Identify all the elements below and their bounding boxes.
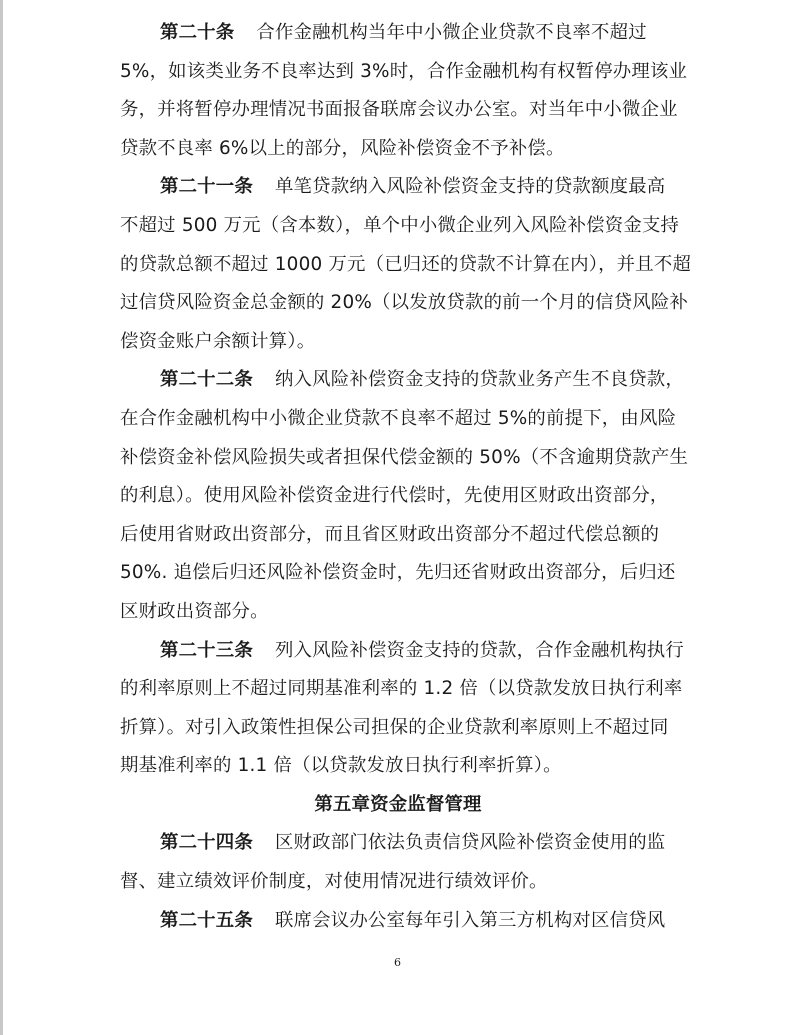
article-line: 在合作金融机构中小微企业贷款不良率不超过 5%的前提下，由风险 <box>120 400 676 439</box>
article-label: 第二十二条 <box>160 369 253 390</box>
article-line: 5%，如该类业务不良率达到 3%时，合作金融机构有权暂停办理该业 <box>120 53 676 92</box>
article-text: 联席会议办公室每年引入第三方机构对区信贷风 <box>275 910 665 931</box>
article-label: 第二十一条 <box>160 176 253 197</box>
chapter-heading: 第五章资金监督管理 <box>120 786 676 825</box>
article-line: 50%. 追偿后归还风险补偿资金时，先归还省财政出资部分，后归还 <box>120 554 676 593</box>
article-label: 第二十条 <box>160 22 234 43</box>
article-text: 合作金融机构当年中小微企业贷款不良率不超过 <box>256 22 646 43</box>
article-line: 督、建立绩效评价制度，对使用情况进行绩效评价。 <box>120 863 676 902</box>
article-first-line: 第二十五条联席会议办公室每年引入第三方机构对区信贷风 <box>120 902 676 941</box>
article-first-line: 第二十一条单笔贷款纳入风险补偿资金支持的贷款额度最高 <box>120 168 676 207</box>
article-first-line: 第二十二条纳入风险补偿资金支持的贷款业务产生不良贷款， <box>120 361 676 400</box>
article-line: 的利率原则上不超过同期基准利率的 1.2 倍（以贷款发放日执行利率 <box>120 670 676 709</box>
article-line: 不超过 500 万元（含本数），单个中小微企业列入风险补偿资金支持 <box>120 207 676 246</box>
article-text: 区财政部门依法负责信贷风险补偿资金使用的监 <box>275 832 665 853</box>
document-page: 第二十条合作金融机构当年中小微企业贷款不良率不超过 5%，如该类业务不良率达到 … <box>120 14 676 940</box>
article-line: 的贷款总额不超过 1000 万元（已归还的贷款不计算在内），并且不超 <box>120 246 676 285</box>
article-line: 的利息）。使用风险补偿资金进行代偿时，先使用区财政出资部分， <box>120 477 676 516</box>
article-first-line: 第二十三条列入风险补偿资金支持的贷款，合作金融机构执行 <box>120 632 676 671</box>
article-line: 后使用省财政出资部分，而且省区财政出资部分不超过代偿总额的 <box>120 516 676 555</box>
article-line: 偿资金账户余额计算）。 <box>120 323 676 362</box>
article-line: 贷款不良率 6%以上的部分，风险补偿资金不予补偿。 <box>120 130 676 169</box>
article-text: 单笔贷款纳入风险补偿资金支持的贷款额度最高 <box>275 176 665 197</box>
article-line: 补偿资金补偿风险损失或者担保代偿金额的 50%（不含逾期贷款产生 <box>120 439 676 478</box>
article-line: 折算）。对引入政策性担保公司担保的企业贷款利率原则上不超过同 <box>120 709 676 748</box>
article-label: 第二十五条 <box>160 910 253 931</box>
article-first-line: 第二十条合作金融机构当年中小微企业贷款不良率不超过 <box>120 14 676 53</box>
article-line: 过信贷风险资金总金额的 20%（以发放贷款的前一个月的信贷风险补 <box>120 284 676 323</box>
article-20: 第二十条合作金融机构当年中小微企业贷款不良率不超过 5%，如该类业务不良率达到 … <box>120 14 676 168</box>
page-number: 6 <box>0 956 795 969</box>
article-label: 第二十三条 <box>160 640 253 661</box>
article-24: 第二十四条区财政部门依法负责信贷风险补偿资金使用的监 督、建立绩效评价制度，对使… <box>120 824 676 901</box>
article-label: 第二十四条 <box>160 832 253 853</box>
article-22: 第二十二条纳入风险补偿资金支持的贷款业务产生不良贷款， 在合作金融机构中小微企业… <box>120 361 676 631</box>
article-line: 期基准利率的 1.1 倍（以贷款发放日执行利率折算）。 <box>120 747 676 786</box>
page-left-border <box>0 0 3 1035</box>
article-21: 第二十一条单笔贷款纳入风险补偿资金支持的贷款额度最高 不超过 500 万元（含本… <box>120 168 676 361</box>
article-25: 第二十五条联席会议办公室每年引入第三方机构对区信贷风 <box>120 902 676 941</box>
article-text: 纳入风险补偿资金支持的贷款业务产生不良贷款， <box>275 369 684 390</box>
article-line: 务，并将暂停办理情况书面报备联席会议办公室。对当年中小微企业 <box>120 91 676 130</box>
article-text: 列入风险补偿资金支持的贷款，合作金融机构执行 <box>275 640 684 661</box>
article-23: 第二十三条列入风险补偿资金支持的贷款，合作金融机构执行 的利率原则上不超过同期基… <box>120 632 676 786</box>
article-first-line: 第二十四条区财政部门依法负责信贷风险补偿资金使用的监 <box>120 824 676 863</box>
article-line: 区财政出资部分。 <box>120 593 676 632</box>
